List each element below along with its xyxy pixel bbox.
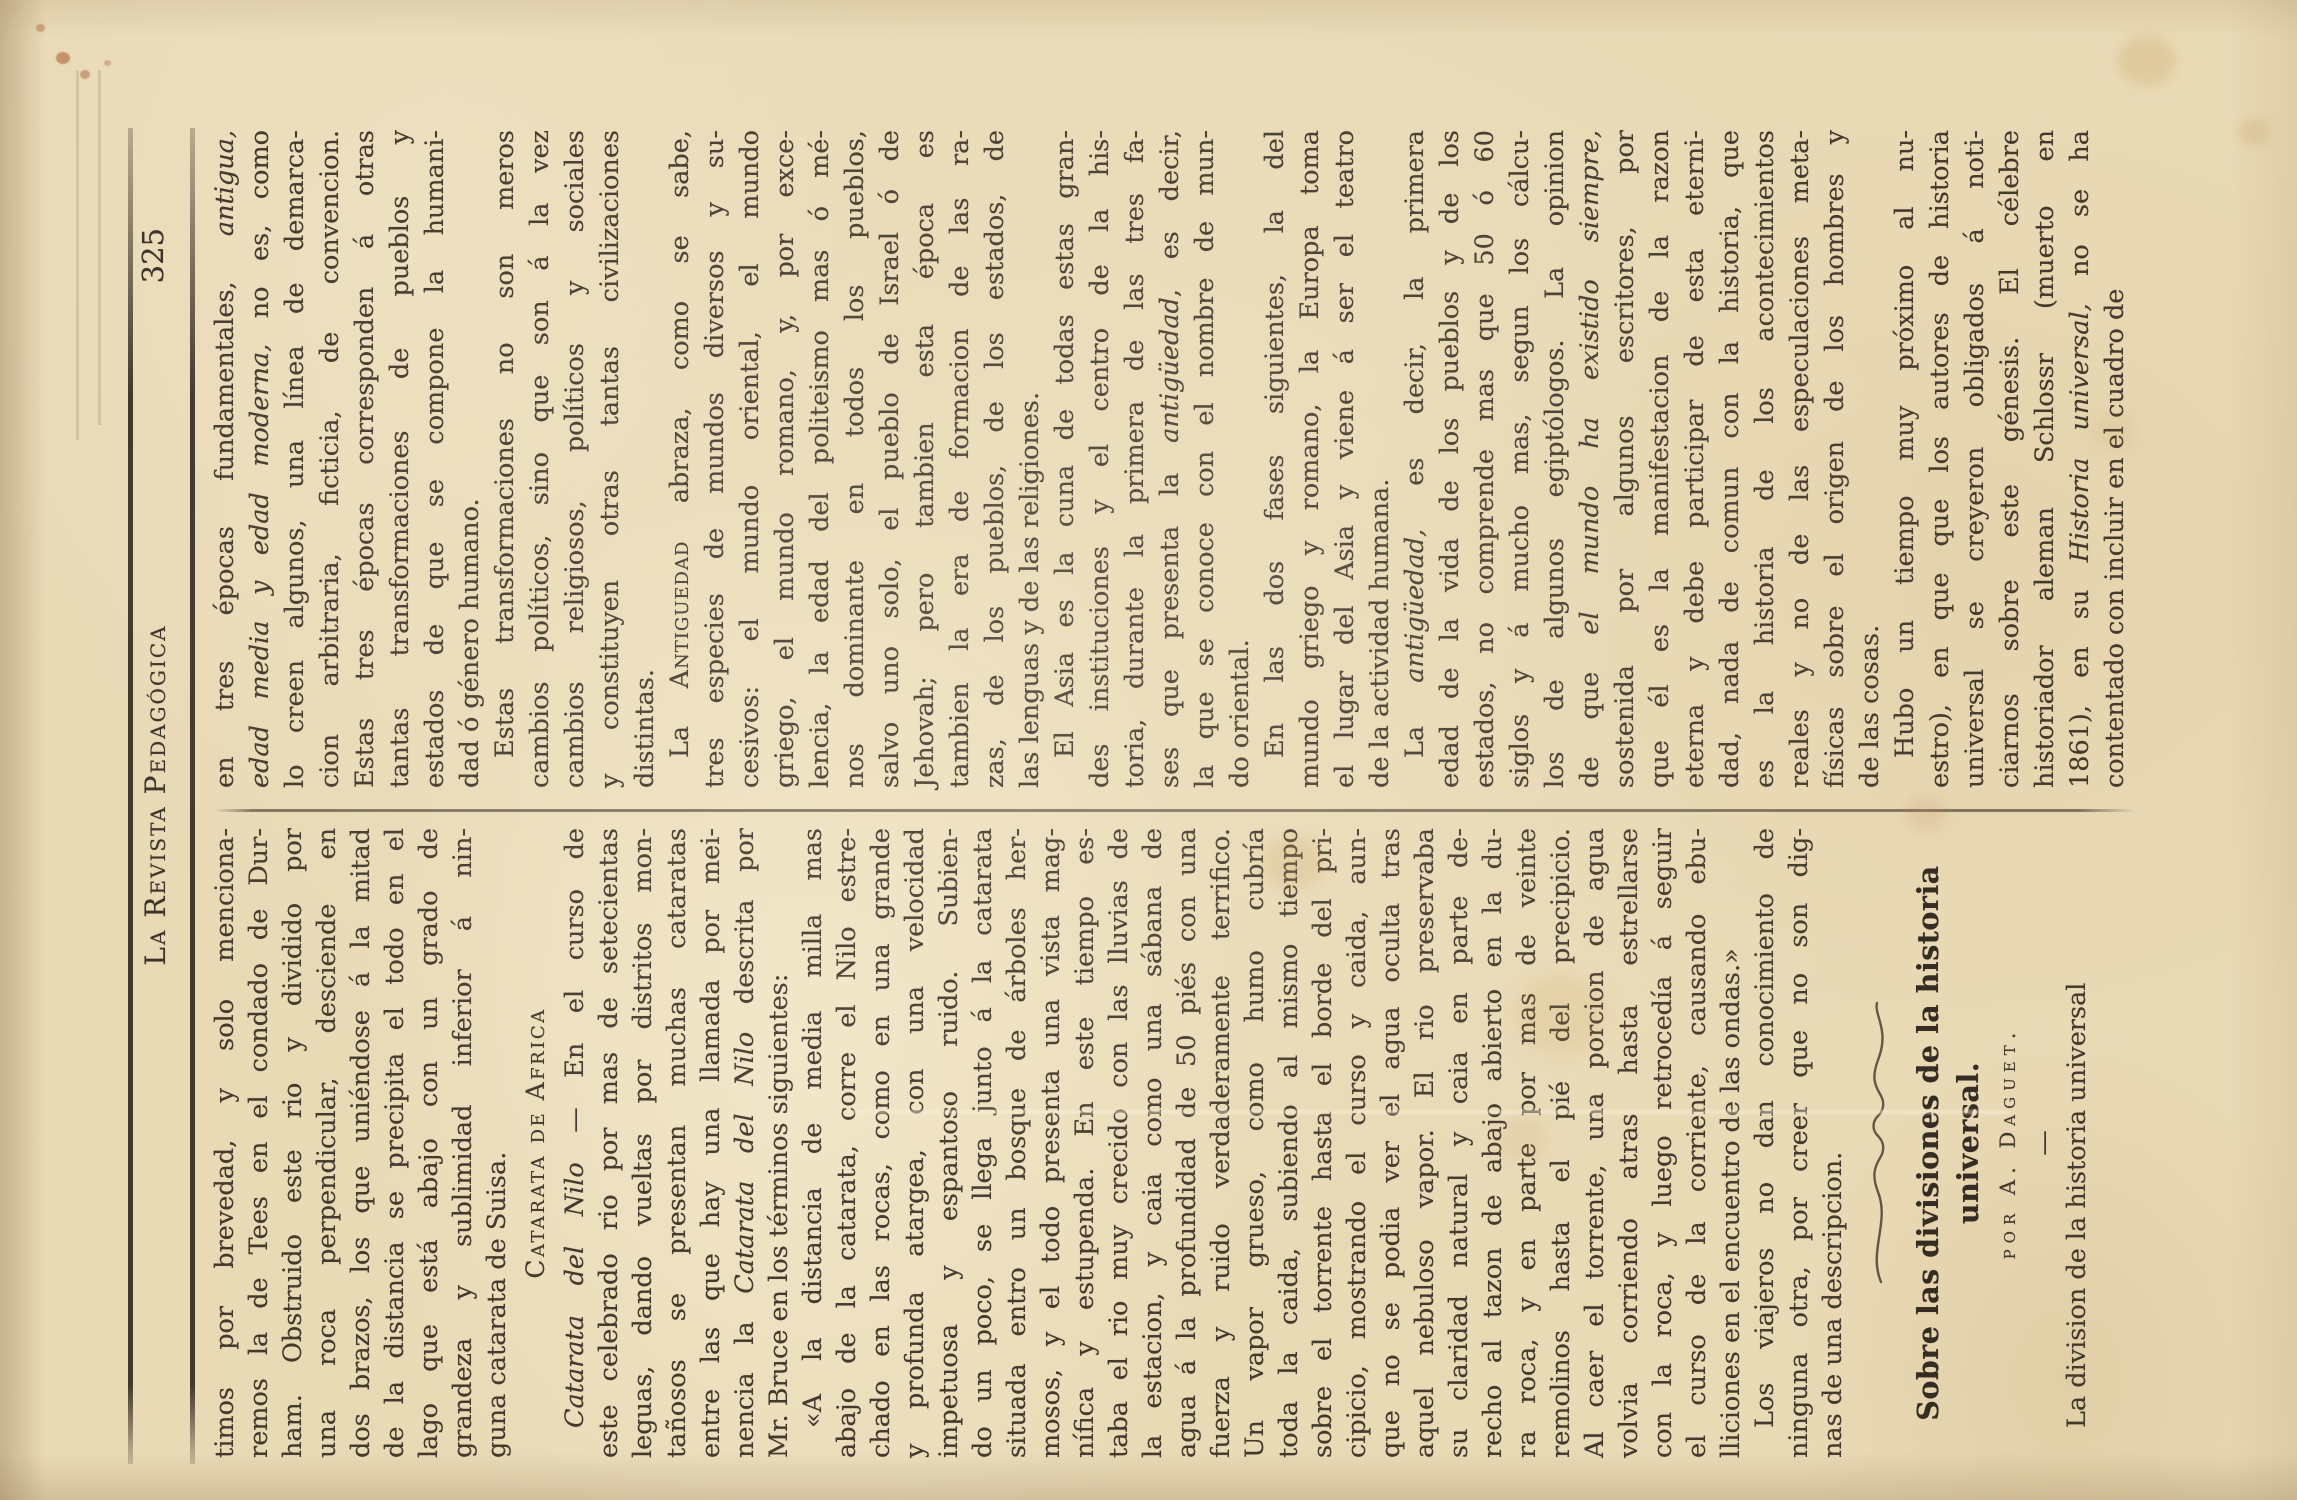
text-line: lago que está abajo con un grado de [412, 828, 446, 1458]
text-line: lencia, la edad del politeismo mas ó mé- [803, 130, 838, 788]
text-line: los de algunos egiptólogos. La opinion [1538, 130, 1573, 788]
text-line: Al caer el torrente, una porcion de agua [1578, 828, 1612, 1458]
text-line: nífica y estupenda. En este tiempo es- [1068, 828, 1102, 1458]
section-heading-line: Sobre las divisiones de la historia [1908, 828, 1948, 1458]
text-line: situada entro un bosque de árboles her- [1000, 828, 1034, 1458]
text-line: Un vapor grueso, como humo cubría [1238, 828, 1272, 1458]
text-line: el lugar del Asia y viene á ser el teatr… [1328, 130, 1363, 788]
text-line: cesivos: el mundo oriental, el mundo [733, 130, 768, 788]
text-line: timos por brevedad, y solo menciona- [208, 828, 242, 1458]
text-line: La Antiguedad abraza, como se sabe, [663, 130, 698, 788]
text-line: ra roca, y en parte por mas de veinte [1510, 828, 1544, 1458]
text-line: cambios políticos, sino que son á la vez [523, 130, 558, 788]
text-line: tres especies de mundos diversos y su- [698, 130, 733, 788]
header-rule-top [128, 128, 133, 1464]
text-line: siglos y á mucho mas, segun los cálcu- [1503, 130, 1538, 788]
text-line: chado en las rocas, como en una grande [864, 828, 898, 1458]
text-line: una roca perpendicular, desciende en [310, 828, 344, 1458]
journal-masthead-title: La Revista Pedagógica [139, 90, 172, 1500]
header-rule-bottom [190, 128, 195, 1464]
text-line: do oriental. [1223, 130, 1258, 788]
text-line: que él es la manifestacion de la razon [1643, 130, 1678, 788]
text-line: edad de la vida de los pueblos y de los [1433, 130, 1468, 788]
text-line: Los viajeros no dan conocimiento de [1748, 828, 1782, 1458]
text-line: sostenida por algunos escritores, por [1608, 130, 1643, 788]
text-line: tambien la era de formacion de las ra- [943, 130, 978, 788]
text-line: de la distancia se precipita el todo en … [378, 828, 412, 1458]
text-line: y constituyen otras tantas civilizacione… [593, 130, 628, 788]
right-column: en tres épocas fundamentales, antigua,ed… [208, 130, 2133, 788]
text-line: aquel nebuloso vapor. El rio preservaba [1408, 828, 1442, 1458]
left-column: timos por brevedad, y solo menciona-remo… [208, 828, 2094, 1458]
text-line: universal se creyeron obligados á noti- [1958, 130, 1993, 788]
text-line: nencia la Catarata del Nilo descrita por [728, 828, 762, 1458]
text-line: lliciones en el encuentro de las ondas.» [1714, 828, 1748, 1458]
text-line: La antigüedad, es decir, la primera [1398, 130, 1433, 788]
text-line: dos brazos, los que uniéndose á la mitad [344, 828, 378, 1458]
flourish-ornament [1850, 828, 1908, 1458]
text-line: fuerza y ruido verdaderamente terrifico. [1204, 828, 1238, 1458]
text-line: Hubo un tiempo muy próximo al nu- [1888, 130, 1923, 788]
text-line: leguas, dando vueltas por distritos mon- [626, 828, 660, 1458]
text-line: des instituciones y el centro de la his- [1083, 130, 1118, 788]
journal-page-rotated: La Revista Pedagógica 325 timos por brev… [0, 0, 2297, 1500]
text-line: taba el rio muy crecido con las lluvias … [1102, 828, 1136, 1458]
text-line: Estas transformaciones no son meros [488, 130, 523, 788]
text-line: de que el mundo ha existido siempre, [1573, 130, 1608, 788]
text-line: la estacion, y caia como una sábana de [1136, 828, 1170, 1458]
text-line: cambios religiosos, políticos y sociales [558, 130, 593, 788]
text-line: griego, el mundo romano, y, por exce- [768, 130, 803, 788]
scanned-journal-page: La Revista Pedagógica 325 timos por brev… [0, 0, 2297, 1500]
text-line: estro), en que que los autores de histor… [1923, 130, 1958, 788]
page-number: 325 [136, 228, 170, 283]
rule-ghost-mark [76, 70, 79, 440]
text-line: ham. Obstruido este rio y dividido por [276, 828, 310, 1458]
text-line: de la actividad humana. [1363, 130, 1398, 788]
text-line: lo creen algunos, una línea de demarca- [278, 130, 313, 788]
rule-ghost-mark [98, 70, 101, 425]
text-line: tantas transformaciones de pueblos y [383, 130, 418, 788]
text-line: entre las que hay una llamada por mei- [694, 828, 728, 1458]
text-line: contentado con incluir en el cuadro de [2098, 130, 2133, 788]
text-line: toria, durante la primera de las tres fa… [1118, 130, 1153, 788]
text-line: mundo griego y romano, la Europa toma [1293, 130, 1328, 788]
text-line: en tres épocas fundamentales, antigua, [208, 130, 243, 788]
text-line: distintas. [628, 130, 663, 788]
text-line: el curso de la corriente, causando ebu- [1680, 828, 1714, 1458]
text-line: dad ó género humano. [453, 130, 488, 788]
text-line: zas, de los pueblos, de los estados, de [978, 130, 1013, 788]
text-line: remolinos hasta el pié del precipicio. [1544, 828, 1578, 1458]
byline: por A. Daguet. [1988, 828, 2028, 1458]
text-line: historiador aleman Schlossr (muerto en [2028, 130, 2063, 788]
subsection-heading: Catarata de Africa [519, 828, 553, 1458]
text-line: toda la caida, subiendo al mismo tiempo [1272, 828, 1306, 1458]
text-line: de las cosas. [1853, 130, 1888, 788]
text-line: abajo de la catarata, corre el Nilo estr… [830, 828, 864, 1458]
separator-dash: — [2028, 828, 2060, 1458]
column-divider-rule [214, 809, 2136, 812]
section-heading-line: universal. [1948, 828, 1988, 1458]
text-line: 1861), en su Historia universal, no se h… [2063, 130, 2098, 788]
text-line: nas de una descripcion. [1816, 828, 1850, 1458]
text-line: es la historia de los acontecimientos [1748, 130, 1783, 788]
text-line: estados, no comprende mas que 50 ó 60 [1468, 130, 1503, 788]
text-line: recho al tazon de abajo abierto en la du… [1476, 828, 1510, 1458]
text-line: su claridad natural y caia en parte de- [1442, 828, 1476, 1458]
text-line: edad media y edad moderna, no es, como [243, 130, 278, 788]
text-line: El Asia es la cuna de todas estas gran- [1048, 130, 1083, 788]
text-line: grandeza y sublimidad inferior á nin- [446, 828, 480, 1458]
text-line: remos la de Tees en el condado de Dur- [242, 828, 276, 1458]
text-line: dad, nada de comun con la historia, que [1713, 130, 1748, 788]
text-line: que no se podia ver el agua oculta tras [1374, 828, 1408, 1458]
text-line: con la roca, y luego retrocedía á seguir [1646, 828, 1680, 1458]
text-line: tañosos se presentan muchas cataratas [660, 828, 694, 1458]
text-line: do un poco, se llega junto á la catarata [966, 828, 1000, 1458]
text-line: En las dos fases siguientes, la del [1258, 130, 1293, 788]
text-line: ninguna otra, por creer que no son dig- [1782, 828, 1816, 1458]
text-line: ciarnos sobre este génesis. El célebre [1993, 130, 2028, 788]
text-line: salvo uno solo, el pueblo de Israel ó de [873, 130, 908, 788]
text-line: Estas tres épocas corresponden á otras [348, 130, 383, 788]
text-line: ses que presenta la antigüedad, es decir… [1153, 130, 1188, 788]
text-line: volvia corriendo atras hasta estrellarse [1612, 828, 1646, 1458]
text-line: impetuosa y espantoso ruido. Subien- [932, 828, 966, 1458]
text-line: reales y no de las especulaciones meta- [1783, 130, 1818, 788]
text-line: agua á la profundidad de 50 piés con una [1170, 828, 1204, 1458]
text-line: físicas sobre el origen de los hombres y [1818, 130, 1853, 788]
flourish-icon [1864, 998, 1894, 1288]
text-line: guna catarata de Suisa. [480, 828, 514, 1458]
text-line: Jehovah; pero tambien esta época es [908, 130, 943, 788]
text-line: Mr. Bruce en los términos siguientes: [762, 828, 796, 1458]
text-line: la que se conoce con el nombre de mun- [1188, 130, 1223, 788]
text-line: nos dominante en todos los pueblos, [838, 130, 873, 788]
text-line: sobre el torrente hasta el borde del pri… [1306, 828, 1340, 1458]
text-line: Catarata del Nilo — En el curso de [558, 828, 592, 1458]
text-line: mosos, y el todo presenta una vista mag- [1034, 828, 1068, 1458]
text-line: cion arbitraria, ficticia, de convencion… [313, 130, 348, 788]
text-line: las lenguas y de las religiones. [1013, 130, 1048, 788]
text-line: este celebrado rio por mas de setecienta… [592, 828, 626, 1458]
text-line: La division de la historia universal [2060, 828, 2094, 1458]
text-line: «A la distancia de media milla mas [796, 828, 830, 1458]
text-line: cipicio, mostrando el curso y caida, aun… [1340, 828, 1374, 1458]
text-line: y profunda atargea, con una velocidad [898, 828, 932, 1458]
text-line: estados de que se compone la humani- [418, 130, 453, 788]
text-line: eterna y debe participar de esta eterni- [1678, 130, 1713, 788]
